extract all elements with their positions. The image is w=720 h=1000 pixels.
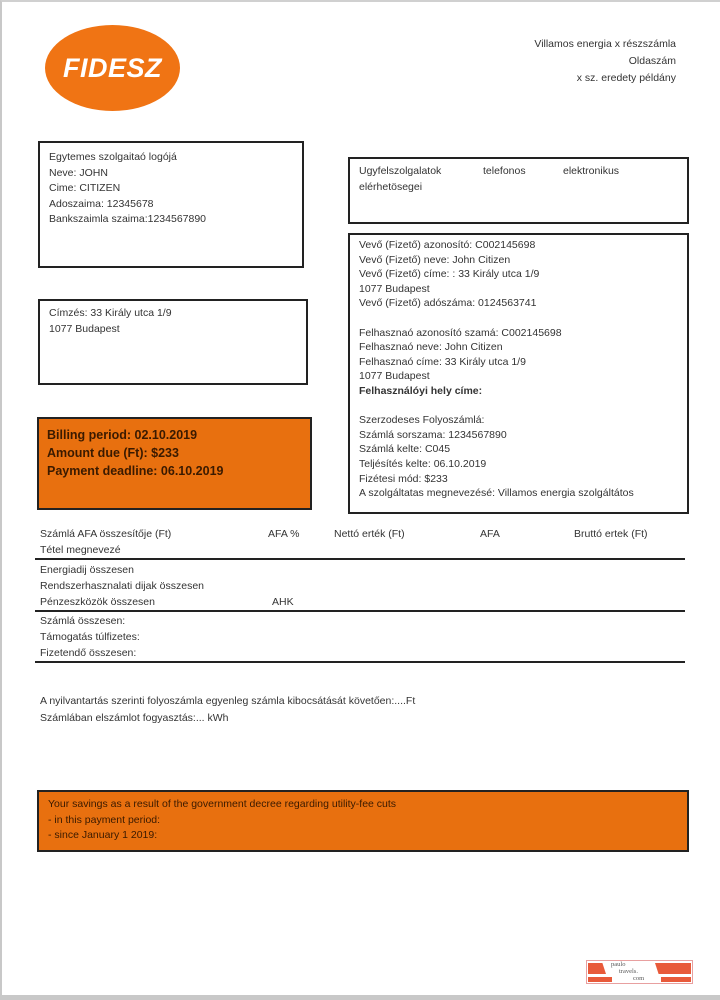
payment-deadline: Payment deadline: 06.10.2019: [47, 462, 223, 480]
cs-label: elektronikus: [563, 164, 619, 180]
table-row: Energiadij összesen: [40, 562, 134, 578]
amount-due: Amount due (Ft): $233: [47, 444, 223, 462]
header-line: Oldaszám: [534, 53, 676, 70]
table-divider: [35, 610, 685, 612]
table-row: Támogatás túlfizetes:: [40, 629, 140, 645]
customer-details-box: Vevő (Fizető) azonosító: C002145698 Vevő…: [348, 233, 689, 514]
watermark-stripe: [588, 963, 606, 974]
contract-line: A szolgáltatas megnevezésé: Villamos ene…: [359, 486, 634, 501]
consumption-note: Számlában elszámlot fogyasztás:... kWh: [40, 710, 229, 726]
provider-line: Egytemes szolgaitaó logójá: [49, 150, 206, 166]
contract-line: Számlá sorszama: 1234567890: [359, 428, 634, 443]
contract-line: Szerzodeses Folyoszámlá:: [359, 413, 634, 428]
contract-line: Számlá kelte: C045: [359, 442, 634, 457]
header-line: x sz. eredety példány: [534, 70, 676, 87]
billing-summary-box: Billing period: 02.10.2019 Amount due (F…: [37, 417, 312, 510]
recipient-line: Címzés: 33 Király utca 1/9: [49, 306, 172, 322]
watermark-stripe: [661, 977, 691, 982]
watermark-stripe: [588, 977, 612, 982]
provider-line: Bankszaimla szaima:1234567890: [49, 212, 206, 228]
savings-line: - in this payment period:: [48, 813, 396, 829]
contract-line: Fizétesi mód: $233: [359, 472, 634, 487]
logo-text: FIDESZ: [63, 53, 162, 84]
table-cell-vat-pct: AHK: [272, 594, 294, 610]
buyer-line: Vevő (Fizető) adószáma: 0124563741: [359, 296, 634, 311]
buyer-line: Vevő (Fizető) azonosító: C002145698: [359, 238, 634, 253]
user-line: Felhasznaó neve: John Citizen: [359, 340, 634, 355]
customer-service-box: Ugyfelszolgalatok telefonos elektronikus…: [348, 157, 689, 224]
savings-line: Your savings as a result of the governme…: [48, 797, 396, 813]
provider-box: Egytemes szolgaitaó logójá Neve: JOHN Ci…: [38, 141, 304, 268]
provider-line: Cime: CITIZEN: [49, 181, 206, 197]
table-row: Fizetendő összesen:: [40, 645, 136, 661]
buyer-line: 1077 Budapest: [359, 282, 634, 297]
user-line: 1077 Budapest: [359, 369, 634, 384]
user-line: Felhasznaó címe: 33 Király utca 1/9: [359, 355, 634, 370]
user-site-label: Felhasználóyi hely címe:: [359, 384, 634, 399]
user-line: Felhasznaó azonosító szamá: C002145698: [359, 326, 634, 341]
th-item-name: Tétel megnevezé: [40, 544, 121, 556]
watermark-text: paulo: [611, 961, 644, 968]
watermark-text: travels.: [611, 968, 644, 975]
bottom-scrollbar-edge: [0, 995, 720, 1000]
cs-label: elérhetösegei: [359, 180, 679, 196]
table-row: Rendszerhasznalati dijak összesen: [40, 578, 204, 594]
th-summary: Számlá AFA összesítője (Ft): [40, 528, 171, 540]
watermark-logo: paulo travels. com: [586, 960, 693, 984]
th-vat: AFA: [480, 528, 500, 540]
th-net: Nettó erték (Ft): [334, 528, 405, 540]
table-divider: [35, 661, 685, 663]
cs-label: Ugyfelszolgalatok: [359, 165, 441, 177]
buyer-line: Vevő (Fizető) neve: John Citizen: [359, 253, 634, 268]
th-vat-pct: AFA %: [268, 528, 300, 540]
header-line: Villamos energia x részszámla: [534, 36, 676, 53]
cs-label: telefonos: [483, 164, 526, 180]
provider-line: Adoszaima: 12345678: [49, 197, 206, 213]
balance-note: A nyilvantartás szerinti folyoszámla egy…: [40, 693, 415, 709]
fidesz-logo: FIDESZ: [45, 25, 180, 111]
billing-period: Billing period: 02.10.2019: [47, 426, 223, 444]
recipient-line: 1077 Budapest: [49, 322, 172, 338]
buyer-line: Vevő (Fizető) címe: : 33 Király utca 1/9: [359, 267, 634, 282]
savings-box: Your savings as a result of the governme…: [37, 790, 689, 852]
watermark-text: com: [611, 975, 644, 982]
table-row: Pénzeszközök összesen: [40, 594, 155, 610]
th-gross: Bruttó ertek (Ft): [574, 528, 648, 540]
watermark-stripe: [655, 963, 691, 974]
table-row: Számlá összesen:: [40, 613, 125, 629]
contract-line: Teljésítés kelte: 06.10.2019: [359, 457, 634, 472]
recipient-box: Címzés: 33 Király utca 1/9 1077 Budapest: [38, 299, 308, 385]
invoice-header: Villamos energia x részszámla Oldaszám x…: [534, 36, 676, 87]
provider-line: Neve: JOHN: [49, 166, 206, 182]
table-divider: [35, 558, 685, 560]
savings-line: - since January 1 2019:: [48, 828, 396, 844]
